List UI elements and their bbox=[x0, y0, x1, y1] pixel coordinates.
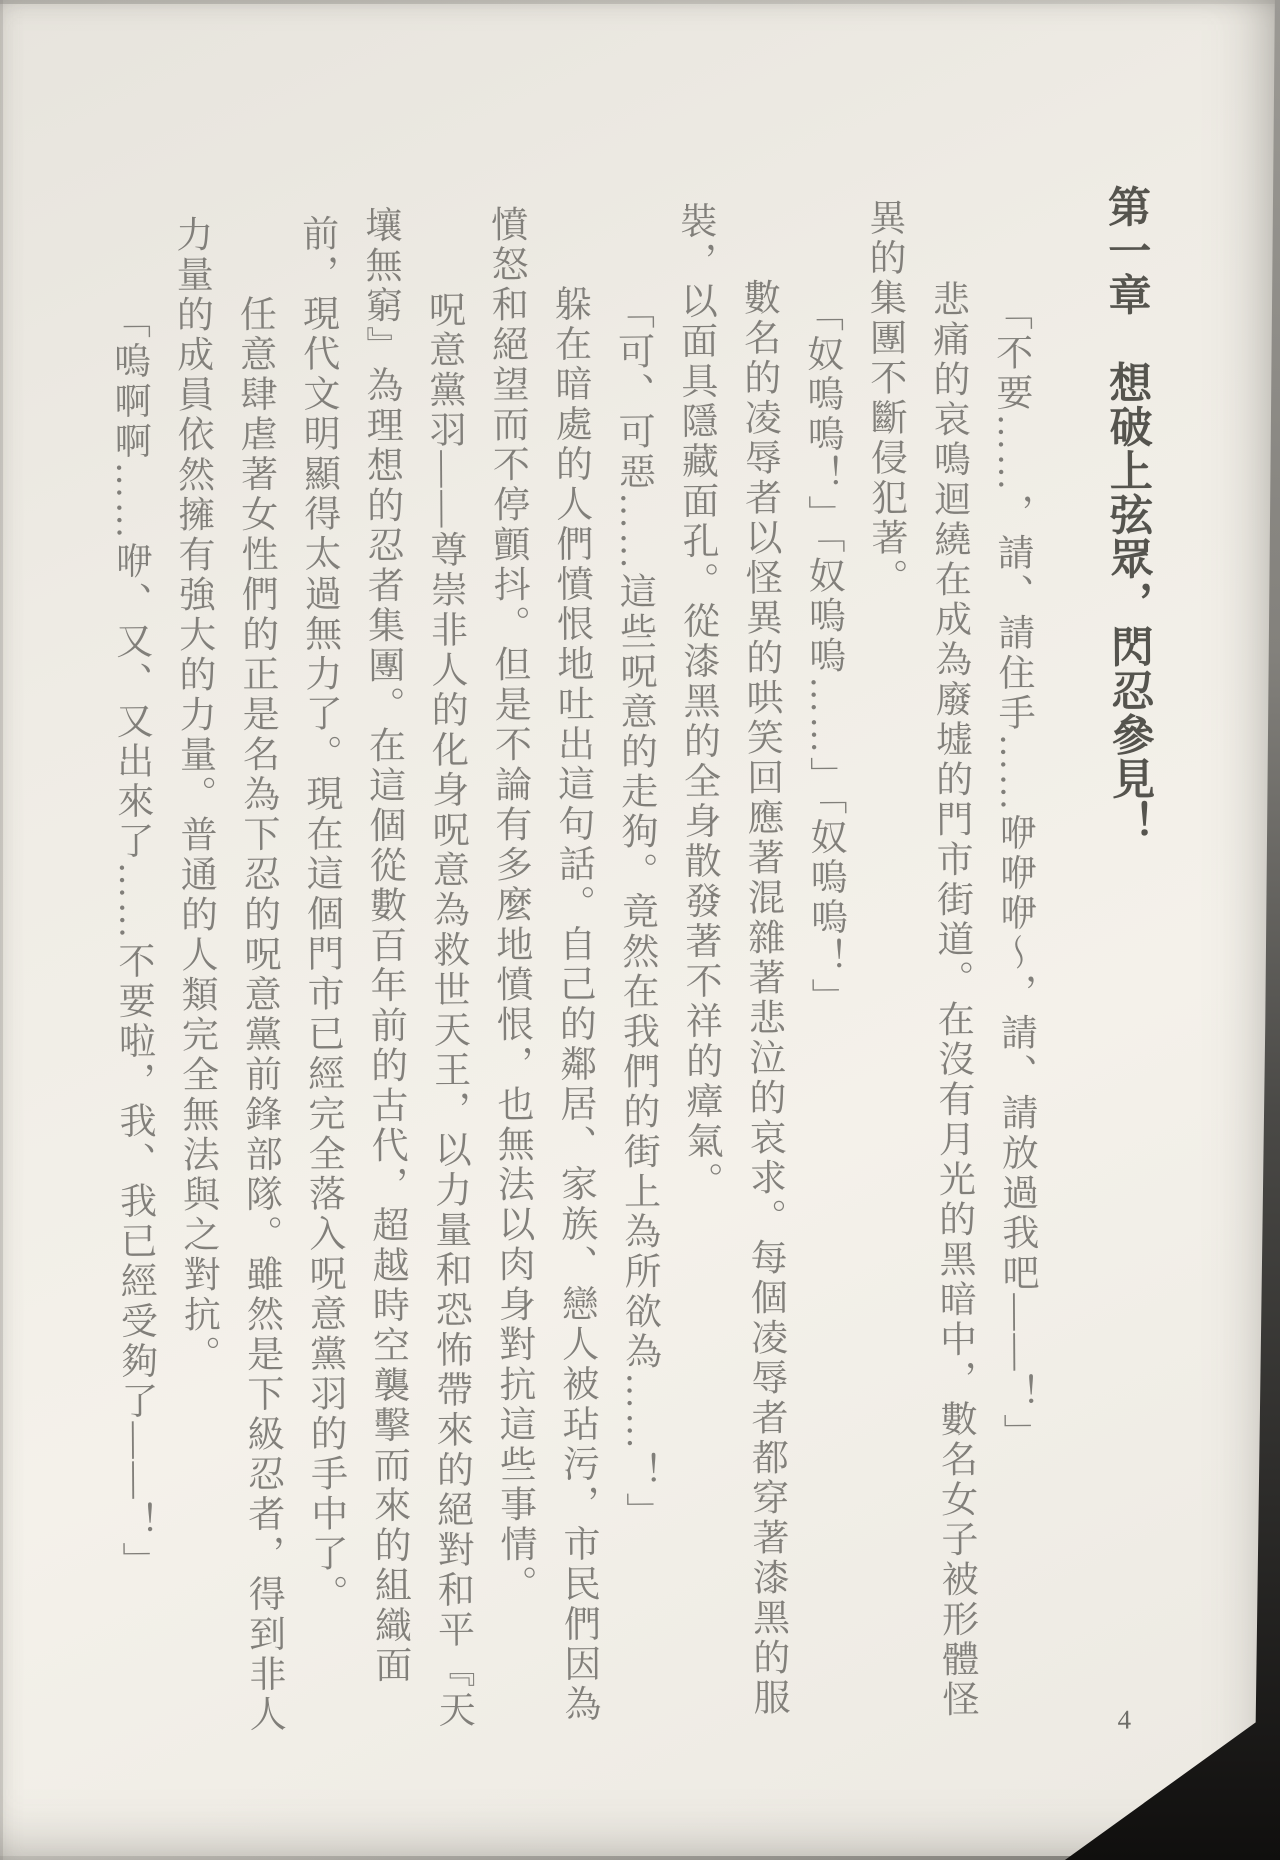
text-column: 裝，以面具隱藏面孔。從漆黑的全身散發著不祥的瘴氣。 bbox=[673, 201, 721, 1201]
chapter-title: 第一章 想破上弦眾，閃忍參見！ bbox=[1104, 184, 1152, 844]
page-number: 4 bbox=[1117, 1705, 1131, 1736]
text-column: 躲在暗處的人們憤恨地吐出這句話。自己的鄰居、家族、戀人被玷污，市民們因為 bbox=[547, 284, 598, 1724]
text-column: 數名的凌辱者以怪異的哄笑回應著混雜著悲泣的哀求。每個凌辱者都穿著漆黑的服 bbox=[736, 278, 787, 1718]
text-column: 「奴嗚嗚！」「奴嗚嗚……」「奴嗚嗚！」 bbox=[800, 295, 846, 1018]
text-column: 壤無窮』為理想的忍者集團。在這個從數百年前的古代，超越時空襲擊而來的組織面 bbox=[358, 206, 409, 1686]
text-column: 「嗚啊啊……咿、又、又出來了……不要啦，我、我已經受夠了——！」 bbox=[107, 301, 157, 1581]
text-column: 悲痛的哀鳴迴繞在成為廢墟的門市街道。在沒有月光的黑暗中，數名女子被形體怪 bbox=[925, 280, 976, 1720]
text-column: 任意肆虐著女性們的正是名為下忍的呪意黨前鋒部隊。雖然是下級忍者，得到非人 bbox=[233, 295, 284, 1735]
text-column: 「不要……，請、請住手……咿咿咿～，請、請放過我吧——！」 bbox=[989, 293, 1038, 1453]
text-column: 前，現代文明顯得太過無力了。現在這個門市已經完全落入呪意黨羽的手中了。 bbox=[295, 214, 345, 1614]
text-column: 異的集團不斷侵犯著。 bbox=[862, 198, 905, 598]
page-text-layer: 第一章 想破上弦眾，閃忍參見！ 「不要……，請、請住手……咿咿咿～，請、請放過我… bbox=[0, 0, 1280, 1860]
book-page-photo: 第一章 想破上弦眾，閃忍參見！ 「不要……，請、請住手……咿咿咿～，請、請放過我… bbox=[0, 0, 1280, 1860]
text-column: 憤怒和絕望而不停顫抖。但是不論有多麼地憤恨，也無法以肉身對抗這些事情。 bbox=[484, 205, 534, 1605]
text-column: 呪意黨羽——尊崇非人的化身呪意為救世天王，以力量和恐怖帶來的絕對和平『天 bbox=[422, 290, 473, 1730]
text-column: 「可、可惡……這些呪意的走狗。竟然在我們的街上為所欲為……！」 bbox=[611, 292, 660, 1532]
text-column: 力量的成員依然擁有強大的力量。普通的人類完全無法與之對抗。 bbox=[169, 215, 218, 1375]
